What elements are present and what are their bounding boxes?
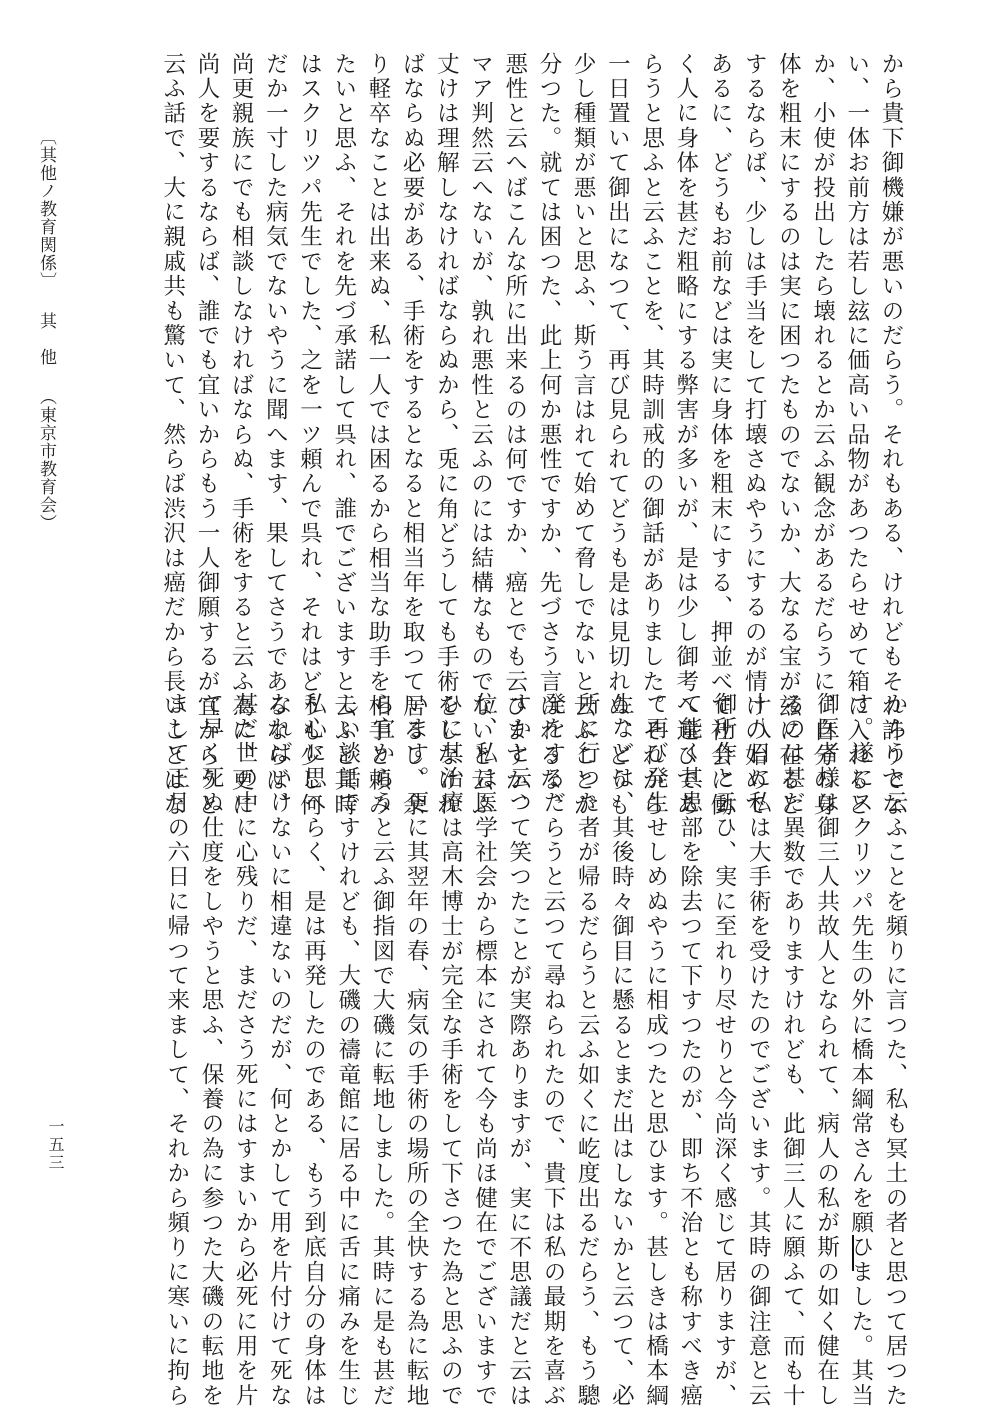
- text-column: い、一体お前方は若し玆に価高い品物があつたらせめて箱に入れると: [840, 52, 874, 652]
- text-column: するならば、少しは手当をして打壊さぬやうにするのが情けの始めで: [737, 52, 771, 652]
- text-column: て再び発生せしめぬやうに相成つたと思ひます。甚しきは橋本綱常先: [638, 692, 672, 1292]
- margin-rule-mark: [852, 1235, 854, 1271]
- text-column: しい談話ですけれども、大磯の禱竜館に居る中に舌に痛みを生じた、: [331, 692, 365, 1292]
- text-column: 甚だ世の中に心残りだ、まださう死にはすまいから必死に用を片付け: [228, 692, 262, 1292]
- text-column: す。遂にスクリツパ先生の外に橋本綱常さんを願ひました。其当時の: [844, 692, 878, 1292]
- text-column: 十八日に私は大手術を受けたのでございます。其時の御注意と云ひ、: [741, 692, 775, 1292]
- text-column: 丈けは理解しなければならぬから、兎に角どうしても手術をしなけれ: [429, 52, 463, 652]
- text-column: るのは甚だ異数でありますけれども、此御三人に願ふて、而も十一月: [775, 692, 809, 1292]
- text-column: 悪性と云へばこんな所に出来るのは何ですか、癌とでも云ひますか、: [498, 52, 532, 652]
- text-column: なればいけないに相違ないのだが、何とかして用を片付けて死なぬと: [262, 692, 296, 1292]
- text-column: 生などは、其後時々御目に懸るとまだ出はしないかと云つて、必ず余: [604, 692, 638, 1292]
- text-column: からうと云ふことを頻りに言つた、私も冥土の者と思つて居つたので: [878, 692, 912, 1292]
- text-column: く人に身体を甚だ粗略にする弊害が多いが、是は少し御考へ違ひであ: [669, 52, 703, 652]
- header-category: 其 他: [34, 312, 59, 366]
- text-column: 分つた。就ては困つた、此上何か悪性ですか、先づさう言はれるな、: [532, 52, 566, 652]
- text-column: 体を粗末にするのは実に困つたものでないか、大なる宝が玆に在ると: [771, 52, 805, 652]
- running-header: 〔其他ノ教育関係〕其 他（東京市教育会）: [34, 128, 59, 532]
- text-column: 御所作と云ひ、実に至れり尽せりと今尚深く感じて居りますが、努め: [707, 692, 741, 1292]
- text-column: あるに、どうもお前などは実に身体を粗末にする、押並べて社会に働: [703, 52, 737, 652]
- text-column: 所に行つた者が帰るだらうと云ふ如くに屹度出るだらう、もう驄て再: [570, 692, 604, 1292]
- text-column: 私心に思へらく、是は再発したのである、もう到底自分の身体はさう: [296, 692, 330, 1292]
- text-column: まして正月の六日に帰つて来まして、それから頻りに寒いに拘らず用: [160, 692, 194, 1292]
- text-column: 云ふ話で、大に親戚共も驚いて、然らば渋沢は癌だから長いことはな: [156, 52, 190, 652]
- text-column: 位、私は医学社会から標本にされて今も尚ほ健在でございますで、幸: [467, 692, 501, 1292]
- text-column: 尚人を要するならば、誰でも宜いからもう一人御願するが宜からうと: [190, 52, 224, 652]
- text-column: たいと思ふ、それを先づ承諾して呉れ、誰でございますと云ふと其時: [327, 52, 361, 652]
- text-column: から貴下御機嫌が悪いのだらう。それもある、けれどもそれ許りでな: [874, 52, 908, 652]
- text-column: り軽卒なことは出来ぬ、私一人では困るから相当な助手を相手と頼み: [361, 52, 395, 652]
- text-column: らうと思ふと云ふことを、其時訓戒的の御話がありました。それから: [634, 52, 668, 652]
- lower-text-block: からうと云ふことを頻りに言つた、私も冥土の者と思つて居つたので す。遂にスクリツ…: [160, 692, 912, 1292]
- text-column: 御医者様は御三人共故人となられて、病人の私が斯の如く健在して居: [809, 692, 843, 1292]
- text-column: はスクリツパ先生でした、之を一ツ頼んで呉れ、それはどうも少し何: [292, 52, 326, 652]
- text-column: います。更に其翌年の春、病気の手術の場所の全快する為に転地した: [399, 692, 433, 1292]
- text-column: て早く死ぬ仕度をしやうと思ふ、保養の為に参つた大磯の転地を止め: [194, 692, 228, 1292]
- text-column: 発をするだらうと云つて尋ねられたので、貴下は私の最期を喜ぶので: [536, 692, 570, 1292]
- page-number: 一五三: [44, 1118, 67, 1172]
- text-column: マア判然云へないが、孰れ悪性と云ふのには結構なものでないと云ふ: [463, 52, 497, 652]
- text-column: ひに其治療は高木博士が完全な手術をして下さつた為と思ふのでござ: [433, 692, 467, 1292]
- text-column: だか一寸した病気でないやうに聞へます、果してさうであるならば、: [258, 52, 292, 652]
- text-column: すかと云つて笑つたことが実際ありますが、実に不思議だと云はれる: [502, 692, 536, 1292]
- text-column: ばならぬ必要がある、手術をするとなると相当年を取つて居るし、余: [395, 52, 429, 652]
- header-source: （東京市教育会）: [34, 388, 59, 532]
- text-column: ら宜からうと云ふ御指図で大磯に転地しました。其時に是も甚だ御恥: [365, 692, 399, 1292]
- text-column: 少し種類が悪いと思ふ、斯う言はれて始めて脅しでないと云ふことが: [566, 52, 600, 652]
- text-column: か、小使が投出したら壊れるとか云ふ観念があるだらうに、自分の身: [805, 52, 839, 652]
- text-column: て能く其患部を除去つて下すつたのが、即ち不治とも称すべき癌をし: [673, 692, 707, 1292]
- header-section: 〔其他ノ教育関係〕: [34, 128, 59, 290]
- text-column: 尚更親族にでも相談しなければならぬ、手術をすると云ふ為に、更に: [224, 52, 258, 652]
- text-column: 一日置いて御出になつて、再び見られてどうも是は見切れぬ、どうも: [600, 52, 634, 652]
- upper-text-block: から貴下御機嫌が悪いのだらう。それもある、けれどもそれ許りでな い、一体お前方は…: [156, 52, 908, 652]
